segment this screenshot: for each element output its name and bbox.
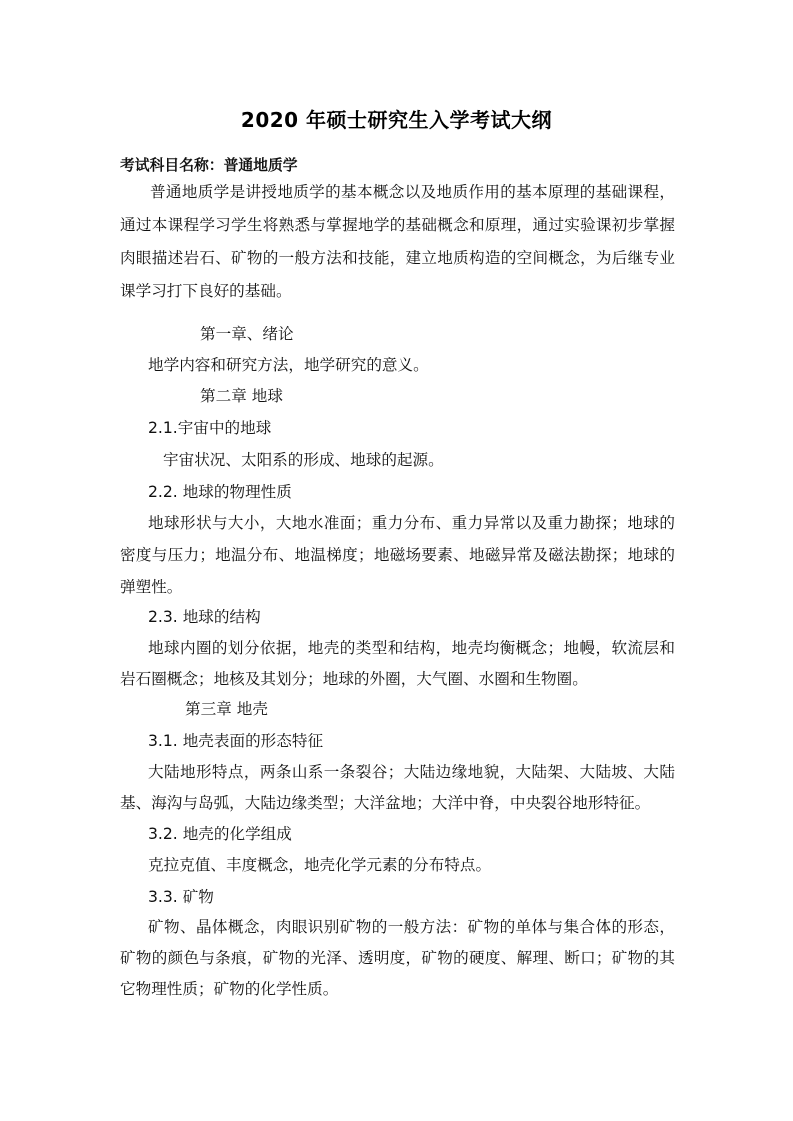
intro-line-4: 课学习打下良好的基础。 [120, 281, 292, 301]
subject-line: 考试科目名称：普通地质学 [120, 156, 298, 176]
chapter2-heading: 第二章 地球 [200, 386, 283, 406]
section-2-2-heading: 2.2. 地球的物理性质 [148, 482, 292, 502]
section-2-3-line-1: 地球内圈的划分依据，地壳的类型和结构，地壳均衡概念；地幔，软流层和 [148, 638, 675, 658]
section-2-2-line-1: 地球形状与大小，大地水准面；重力分布、重力异常以及重力勘探；地球的 [148, 513, 675, 533]
intro-line-1: 普通地质学是讲授地质学的基本概念以及地质作用的基本原理的基础课程， [150, 182, 675, 202]
section-3-3-line-2: 矿物的颜色与条痕，矿物的光泽、透明度，矿物的硬度、解理、断口；矿物的其 [120, 948, 675, 968]
section-3-2-content: 克拉克值、丰度概念，地壳化学元素的分布特点。 [148, 855, 491, 875]
document-page: 2020 年硕士研究生入学考试大纲 考试科目名称：普通地质学 普通地质学是讲授地… [0, 0, 793, 1121]
section-3-1-line-1: 大陆地形特点，两条山系一条裂谷；大陆边缘地貌，大陆架、大陆坡、大陆 [148, 762, 675, 782]
chapter1-heading: 第一章、绪论 [200, 324, 294, 344]
section-3-3-line-1: 矿物、晶体概念，肉眼识别矿物的一般方法：矿物的单体与集合体的形态， [148, 917, 675, 937]
section-3-3-line-3: 它物理性质；矿物的化学性质。 [120, 979, 338, 999]
section-3-1-heading: 3.1. 地壳表面的形态特征 [148, 731, 323, 751]
section-2-3-line-2: 岩石圈概念；地核及其划分；地球的外圈，大气圈、水圈和生物圈。 [120, 669, 588, 689]
section-2-1-content: 宇宙状况、太阳系的形成、地球的起源。 [163, 450, 444, 470]
intro-line-3: 肉眼描述岩石、矿物的一般方法和技能，建立地质构造的空间概念，为后继专业 [120, 248, 675, 268]
section-2-2-line-3: 弹塑性。 [120, 577, 182, 597]
section-2-1-heading: 2.1.宇宙中的地球 [148, 418, 271, 438]
section-2-3-heading: 2.3. 地球的结构 [148, 607, 261, 627]
document-title: 2020 年硕士研究生入学考试大纲 [0, 104, 793, 133]
intro-line-2: 通过本课程学习学生将熟悉与掌握地学的基础概念和原理，通过实验课初步掌握 [120, 215, 675, 235]
section-2-2-line-2: 密度与压力；地温分布、地温梯度；地磁场要素、地磁异常及磁法勘探；地球的 [120, 545, 675, 565]
chapter1-content: 地学内容和研究方法，地学研究的意义。 [148, 355, 429, 375]
chapter3-heading: 第三章 地壳 [185, 699, 268, 719]
section-3-2-heading: 3.2. 地壳的化学组成 [148, 824, 292, 844]
section-3-1-line-2: 基、海沟与岛弧，大陆边缘类型；大洋盆地；大洋中脊，中央裂谷地形特征。 [120, 793, 650, 813]
section-3-3-heading: 3.3. 矿物 [148, 887, 214, 907]
